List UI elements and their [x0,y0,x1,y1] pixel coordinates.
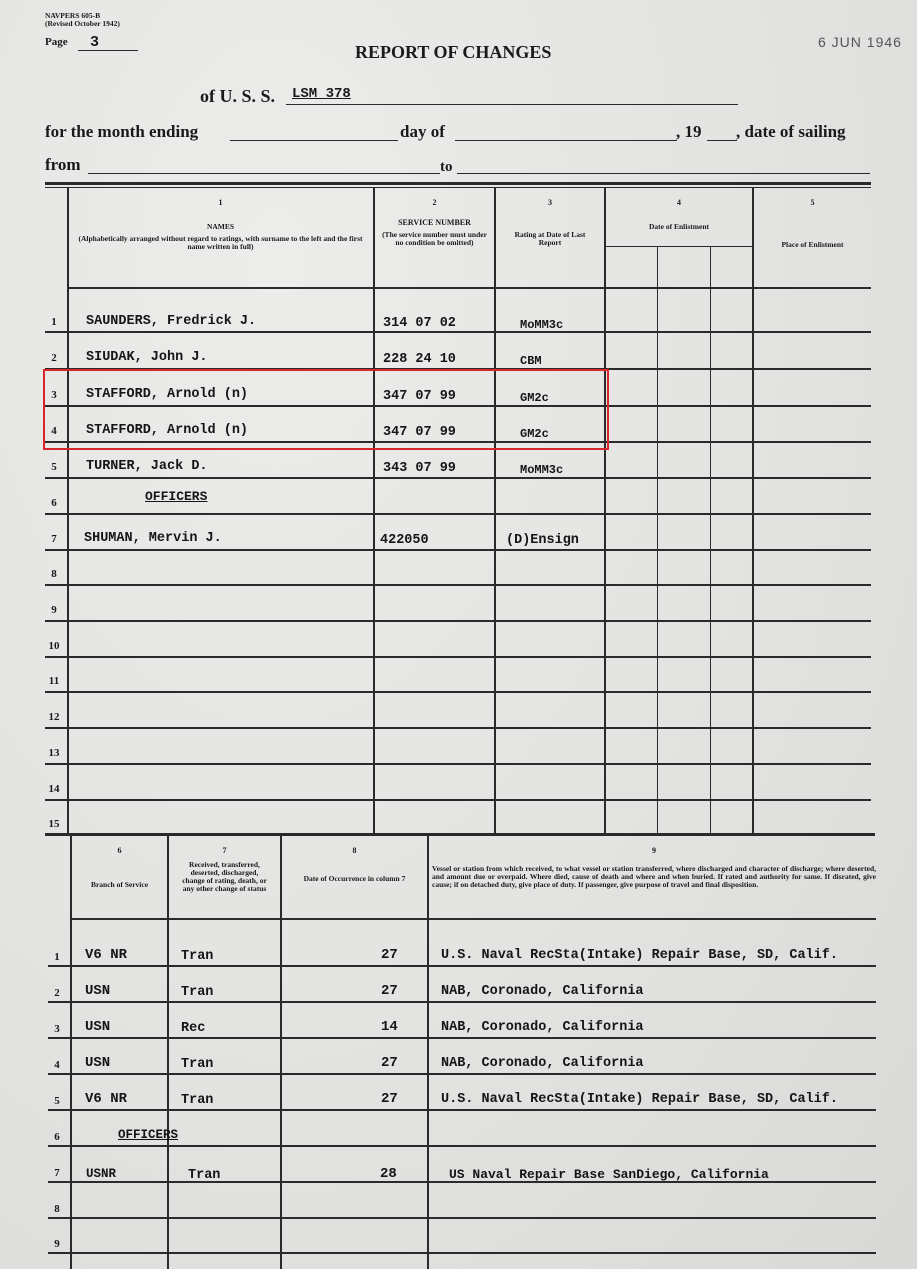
lower-col-divider-6 [167,836,169,1269]
officers-heading: OFFICERS [118,1128,178,1142]
page-number: 3 [90,34,99,51]
header-num: 5 [754,198,871,207]
branch-cell: USNR [86,1167,116,1181]
station-cell: NAB, Coronado, California [441,1020,644,1035]
uss-line [286,104,738,105]
date-cell: 28 [380,1166,397,1182]
header-date-enlistment: 4 Date of Enlistment [606,198,752,231]
row-number: 13 [43,747,65,759]
lower-header-bottom-rule [70,918,876,920]
header-title: Date of Occurrence in column 7 [282,875,427,883]
row-number: 7 [43,533,65,545]
header-num: 7 [169,846,280,855]
header-num: 3 [496,198,604,207]
year-line [707,140,737,141]
header-names: 1 NAMES (Alphabetically arranged without… [68,198,373,251]
month-ending-label: for the month ending [45,122,198,142]
row-number: 10 [43,640,65,652]
header-title: Branch of Service [72,881,167,889]
station-cell: U.S. Naval RecSta(Intake) Repair Base, S… [441,1092,838,1107]
name-cell: TURNER, Jack D. [86,459,208,474]
to-line [457,173,870,174]
row-number: 15 [43,818,65,830]
officers-heading: OFFICERS [145,489,207,504]
row-number: 7 [46,1167,68,1179]
col-divider-4 [752,187,754,835]
rating-cell: MoMM3c [520,318,563,332]
row-number: 9 [43,604,65,616]
col-divider-rownum [67,187,69,835]
station-cell: NAB, Coronado, California [441,1056,644,1071]
row-number: 3 [46,1023,68,1035]
header-num: 2 [375,198,494,207]
row-number: 2 [46,987,68,999]
month-ending-line [230,140,398,141]
from-label: from [45,155,81,175]
change-cell: Rec [181,1021,205,1036]
row-number: 12 [43,711,65,723]
highlight-box-duplicate-rows [43,369,609,450]
name-cell: SIUDAK, John J. [86,350,208,365]
enlistment-subheader-rule [604,246,752,247]
day-of-line [455,140,677,141]
header-note: (The service number must under no condit… [375,231,494,247]
row-number: 5 [43,461,65,473]
station-cell: U.S. Naval RecSta(Intake) Repair Base, S… [441,948,838,963]
service-number-cell: 314 07 02 [383,316,456,331]
document-page: NAVPERS 605-B (Revised October 1942) Pag… [0,0,917,1269]
date-cell: 27 [381,1055,398,1071]
header-title: Date of Enlistment [606,223,752,231]
header-place-enlistment: 5 Place of Enlistment [754,198,871,249]
header-title: Vessel or station from which received, t… [432,865,876,889]
year-label: , 19 [676,122,702,142]
row-number: 8 [43,568,65,580]
uss-value: LSM 378 [292,86,351,102]
row-number: 9 [46,1238,68,1250]
date-cell: 27 [381,947,398,963]
page-title: REPORT OF CHANGES [355,42,551,63]
page-label: Page [45,36,68,48]
header-num: 8 [282,846,427,855]
row-number: 4 [46,1059,68,1071]
branch-cell: USN [85,1055,110,1071]
change-cell: Tran [188,1168,220,1183]
rating-cell: CBM [520,354,542,368]
lower-col-divider-rownum [70,836,72,1269]
change-cell: Tran [181,1057,213,1072]
header-title: Place of Enlistment [754,241,871,249]
to-label: to [440,159,453,176]
col-divider-1 [373,187,375,835]
row-number: 1 [43,316,65,328]
change-cell: Tran [181,985,213,1000]
from-line [88,173,440,174]
date-cell: 14 [381,1019,398,1035]
lower-col-divider-7 [280,836,282,1269]
day-of-label: day of [400,122,445,142]
rating-cell: (D)Ensign [506,533,579,548]
header-title: NAMES [68,223,373,231]
change-cell: Tran [181,949,213,964]
lower-col-divider-8 [427,836,429,1269]
form-revision: (Revised October 1942) [45,20,120,28]
branch-cell: USN [85,983,110,999]
header-title: SERVICE NUMBER [375,219,494,227]
form-id: NAVPERS 605-B (Revised October 1942) [45,12,120,28]
branch-cell: V6 NR [85,947,127,963]
page-number-line [78,50,138,51]
header-station: 9 Vessel or station from which received,… [432,846,876,889]
row-number: 5 [46,1095,68,1107]
col-divider-3 [604,187,606,835]
header-date-occurrence: 8 Date of Occurrence in column 7 [282,846,427,883]
header-num: 1 [68,198,373,207]
rating-cell: MoMM3c [520,463,563,477]
change-cell: Tran [181,1093,213,1108]
header-num: 4 [606,198,752,207]
row-number: 11 [43,675,65,687]
row-number: 8 [46,1203,68,1215]
table-top-rule-2 [45,187,871,188]
name-cell: SAUNDERS, Fredrick J. [86,314,256,329]
date-cell: 27 [381,983,398,999]
service-number-cell: 228 24 10 [383,352,456,367]
header-title: Received, transferred, deserted, dischar… [169,861,280,893]
row-number: 6 [46,1131,68,1143]
header-note: (Alphabetically arranged without regard … [68,235,373,251]
header-num: 9 [432,846,876,855]
row-number: 2 [43,352,65,364]
header-num: 6 [72,846,167,855]
col-divider-2 [494,187,496,835]
service-number-cell: 422050 [380,533,429,548]
col-divider-4b [710,247,711,835]
date-cell: 27 [381,1091,398,1107]
station-cell: NAB, Coronado, California [441,984,644,999]
table-top-rule [45,182,871,185]
col-divider-4a [657,247,658,835]
header-bottom-rule [67,287,871,289]
name-cell: SHUMAN, Mervin J. [84,531,222,546]
service-number-cell: 343 07 99 [383,461,456,476]
sailing-label: , date of sailing [736,122,846,142]
header-branch: 6 Branch of Service [72,846,167,889]
row-number: 1 [46,951,68,963]
date-stamp: 6 JUN 1946 [818,34,902,50]
header-service-number: 2 SERVICE NUMBER (The service number mus… [375,198,494,247]
station-cell: US Naval Repair Base SanDiego, Californi… [449,1167,769,1182]
header-title: Rating at Date of Last Report [496,231,604,247]
row-number: 6 [43,497,65,509]
branch-cell: V6 NR [85,1091,127,1107]
header-rating: 3 Rating at Date of Last Report [496,198,604,247]
uss-label: of U. S. S. [200,86,275,107]
header-change: 7 Received, transferred, deserted, disch… [169,846,280,893]
branch-cell: USN [85,1019,110,1035]
row-number: 14 [43,783,65,795]
